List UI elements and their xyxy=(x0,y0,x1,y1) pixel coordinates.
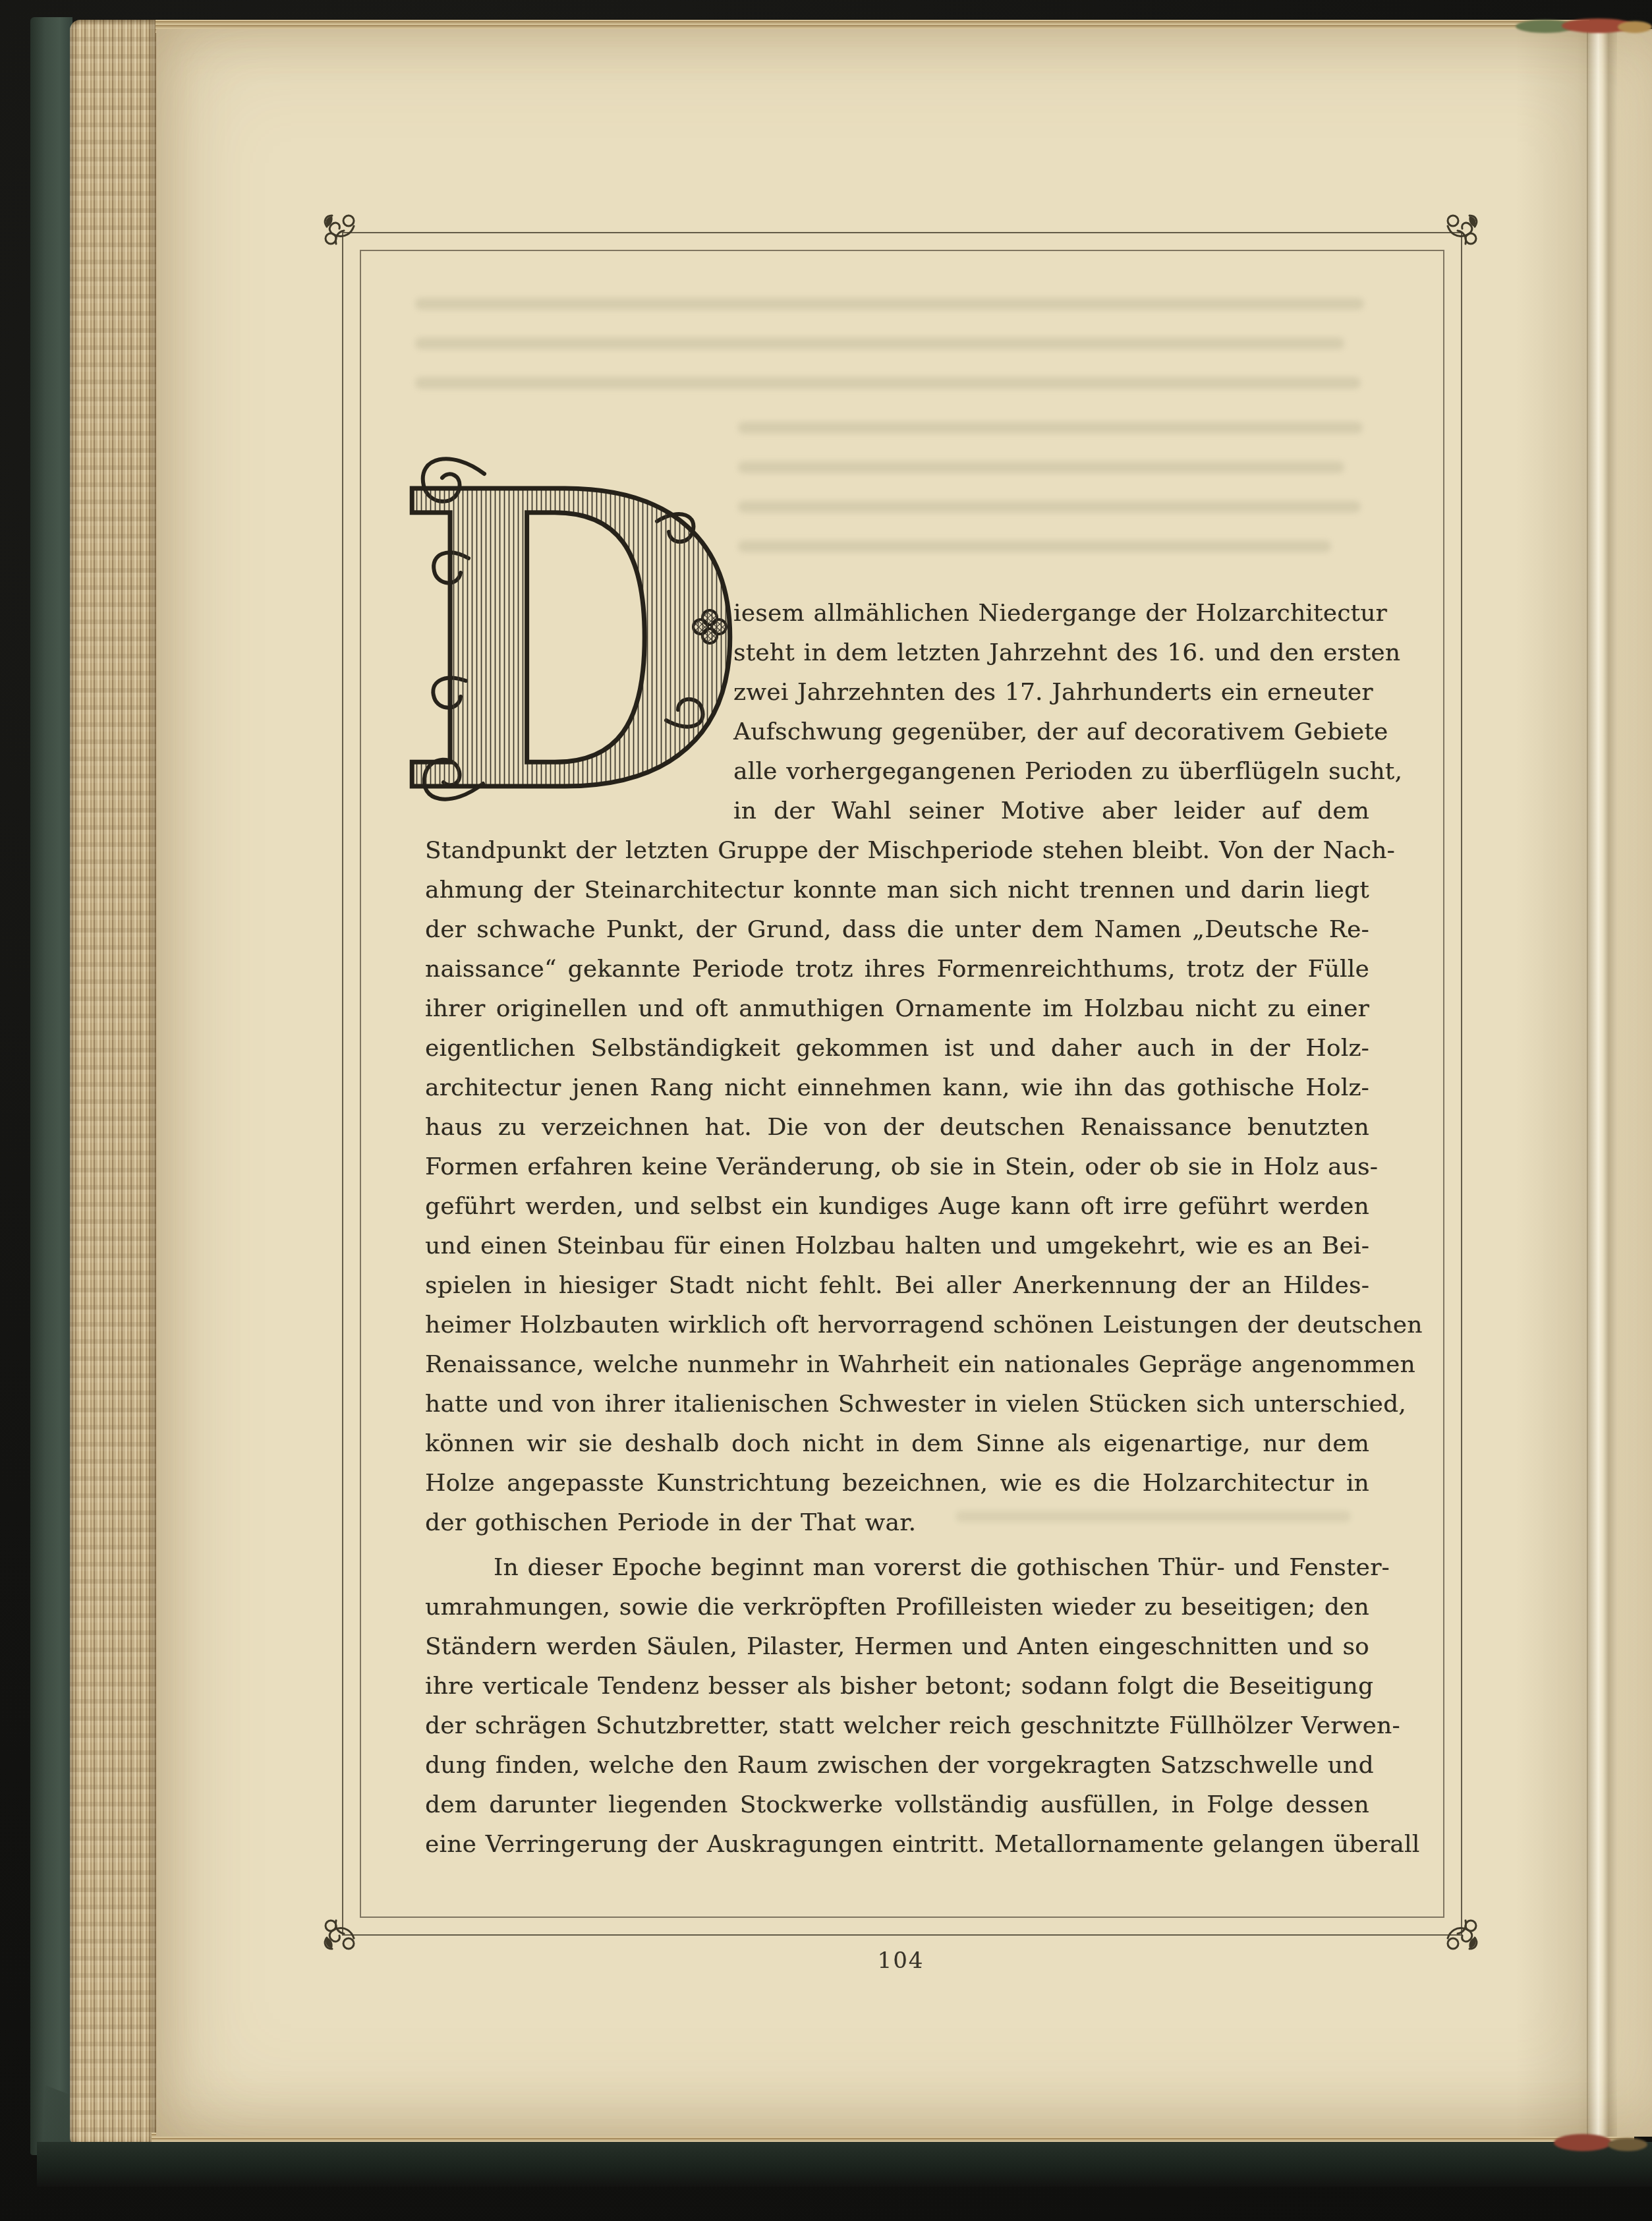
text-line: Aufschwung gegenüber, der auf decorative… xyxy=(733,715,1369,753)
text-line: geführt werden, und selbst ein kundiges … xyxy=(425,1190,1369,1228)
drop-cap-initial: D xyxy=(405,422,735,832)
text-line: dem darunter liegenden Stockwerke vollst… xyxy=(425,1788,1369,1826)
text-line: haus zu verzeichnen hat. Die von der deu… xyxy=(425,1110,1369,1149)
text-line: In dieser Epoche beginnt man vorerst die… xyxy=(425,1551,1369,1589)
marbled-endpaper-bit xyxy=(1608,2138,1647,2151)
text-line: spielen in hiesiger Stadt nicht fehlt. B… xyxy=(425,1269,1369,1307)
text-line: heimer Holzbauten wirklich oft hervorrag… xyxy=(425,1308,1369,1346)
text-line: umrahmungen, sowie die verkröpften Profi… xyxy=(425,1590,1369,1629)
drop-cap-letter: D xyxy=(405,422,735,832)
text-line: ahmung der Steinarchitectur konnte man s… xyxy=(425,873,1369,911)
text-line: architectur jenen Rang nicht einnehmen k… xyxy=(425,1071,1369,1109)
corner-fleuron-icon xyxy=(1440,211,1481,252)
text-line: Formen erfahren keine Veränderung, ob si… xyxy=(425,1150,1369,1188)
text-line: Ständern werden Säulen, Pilaster, Hermen… xyxy=(425,1630,1369,1668)
page-stack-fore-edge xyxy=(70,20,157,2145)
text-line: können wir sie deshalb doch nicht in dem… xyxy=(425,1427,1369,1465)
gutter-shading xyxy=(1516,29,1588,2137)
text-line: Renaissance, welche nunmehr in Wahrheit … xyxy=(425,1348,1369,1386)
marbled-endpaper-bit xyxy=(1618,21,1652,33)
text-line: der gothischen Periode in der That war. xyxy=(425,1506,1369,1544)
text-line: hatte und von ihrer italienischen Schwes… xyxy=(425,1387,1369,1426)
scanned-book-photo: D iesem allmählichen Niedergange der Hol… xyxy=(0,0,1652,2221)
text-line: Standpunkt der letzten Gruppe der Mischp… xyxy=(425,834,1369,872)
text-line: und einen Steinbau für einen Holzbau hal… xyxy=(425,1229,1369,1267)
gutter-fold-crease xyxy=(1587,29,1617,2137)
marbled-endpaper-bit xyxy=(1554,2134,1612,2151)
text-line: eigentlichen Selbständigkeit gekommen is… xyxy=(425,1031,1369,1070)
text-line: alle vorhergegangenen Perioden zu überfl… xyxy=(733,755,1369,793)
text-line: steht in dem letzten Jahrzehnt des 16. u… xyxy=(733,636,1369,674)
book-cover-left-edge xyxy=(30,17,72,2155)
book-page: D iesem allmählichen Niedergange der Hol… xyxy=(156,29,1652,2137)
text-line: ihrer originellen und oft anmuthigen Orn… xyxy=(425,992,1369,1030)
gutter-right-leaf xyxy=(1617,29,1652,2137)
page-number: 104 xyxy=(342,1947,1460,1974)
text-line: ihre verticale Tendenz besser als bisher… xyxy=(425,1669,1369,1708)
corner-fleuron-icon xyxy=(321,211,362,252)
book-cover-bottom-edge xyxy=(37,2142,1652,2187)
text-line: naissance“ gekannte Periode trotz ihres … xyxy=(425,952,1369,991)
text-line: iesem allmählichen Niedergange der Holza… xyxy=(733,596,1369,635)
text-line: in der Wahl seiner Motive aber leider au… xyxy=(733,794,1369,832)
text-line: zwei Jahrzehnten des 17. Jahrhunderts ei… xyxy=(733,676,1369,714)
text-line: Holze angepasste Kunstrichtung bezeichne… xyxy=(425,1466,1369,1505)
text-line: eine Verringerung der Auskragungen eintr… xyxy=(425,1828,1369,1866)
text-line: der schwache Punkt, der Grund, dass die … xyxy=(425,913,1369,951)
text-line: der schrägen Schutzbretter, statt welche… xyxy=(425,1709,1369,1747)
text-line: dung finden, welche den Raum zwischen de… xyxy=(425,1748,1369,1787)
